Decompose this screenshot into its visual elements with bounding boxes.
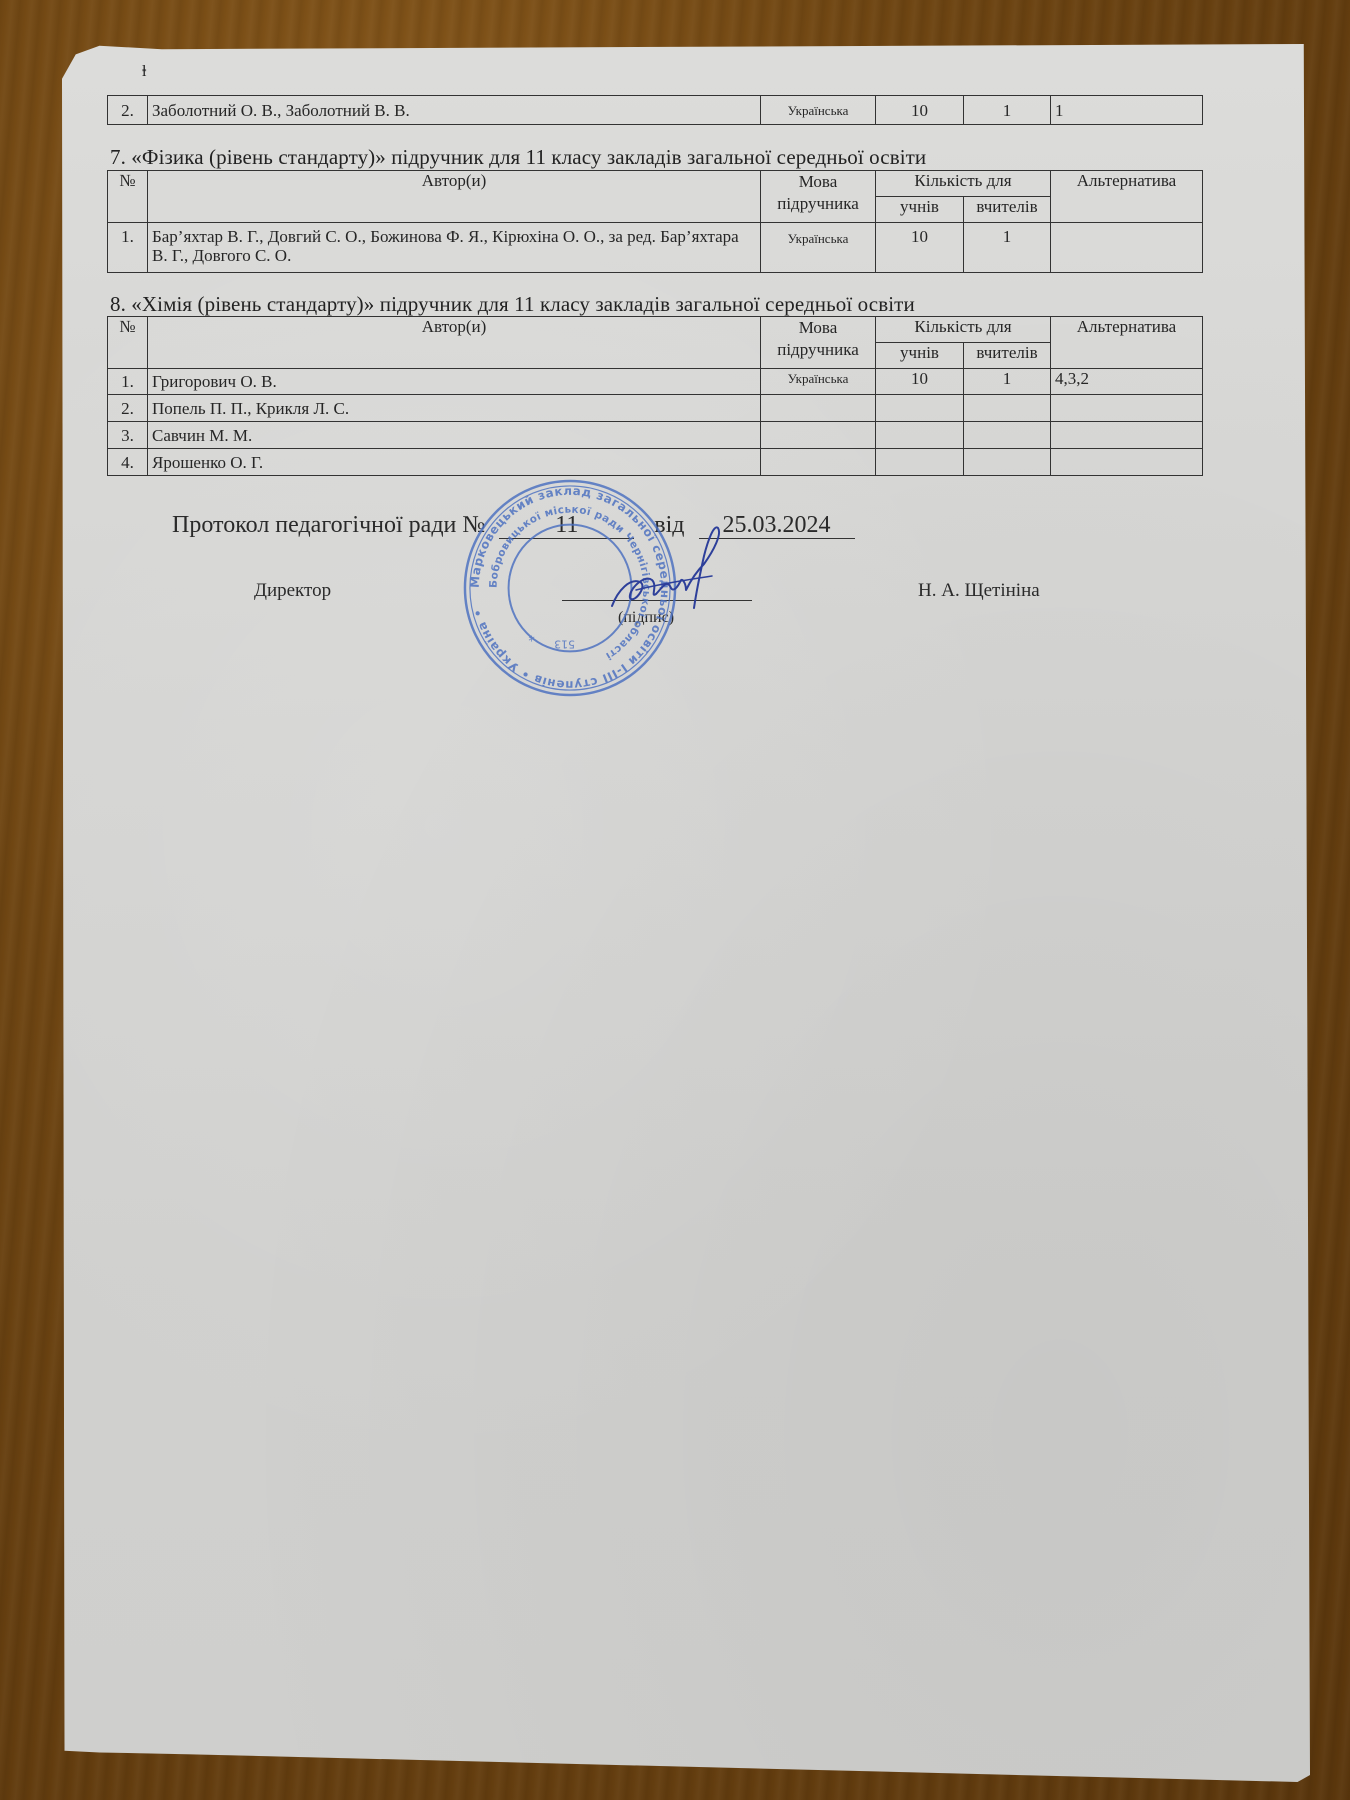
director-label: Директор — [254, 580, 331, 602]
director-name: Н. А. Щетініна — [918, 580, 1040, 602]
header-teachers: вчителів — [964, 343, 1051, 369]
alternative-cell — [1051, 223, 1203, 273]
header-number: № — [108, 171, 148, 223]
alternative-cell: 1 — [1051, 96, 1203, 125]
previous-section-table: 2. Заболотний О. В., Заболотний В. В. Ук… — [107, 95, 1203, 125]
pupils-count-cell: 10 — [876, 96, 964, 125]
pupils-count-cell — [876, 449, 964, 476]
stamp-code: 513 — [554, 638, 575, 651]
teachers-count-cell — [964, 422, 1051, 449]
svg-text:*: * — [528, 634, 535, 649]
language-cell: Українська — [761, 96, 876, 125]
header-number: № — [108, 317, 148, 369]
header-quantity: Кількість для — [876, 171, 1051, 197]
teachers-count-cell — [964, 395, 1051, 422]
table-row: 1. Григорович О. В. Українська 10 1 4,3,… — [108, 369, 1203, 395]
section-8-title: 8. «Хімія (рівень стандарту)» підручник … — [110, 292, 915, 317]
protocol-label: Протокол педагогічної ради № — [172, 512, 485, 538]
table-row: 1. Бар’яхтар В. Г., Довгий С. О., Божино… — [108, 223, 1203, 273]
authors-cell: Савчин М. М. — [148, 422, 761, 449]
section-7-table: № Автор(и) Мова підручника Кількість для… — [107, 170, 1203, 273]
row-number: 1. — [108, 369, 148, 395]
table-row: 2. Заболотний О. В., Заболотний В. В. Ук… — [108, 96, 1203, 125]
header-teachers: вчителів — [964, 197, 1051, 223]
table-header-row: № Автор(и) Мова підручника Кількість для… — [108, 317, 1203, 343]
table-row: 4. Ярошенко О. Г. — [108, 449, 1203, 476]
authors-cell: Григорович О. В. — [148, 369, 761, 395]
header-alternative: Альтернатива — [1051, 317, 1203, 369]
teachers-count-cell: 1 — [964, 369, 1051, 395]
authors-cell: Попель П. П., Крикля Л. С. — [148, 395, 761, 422]
table-row: 2. Попель П. П., Крикля Л. С. — [108, 395, 1203, 422]
section-7-title: 7. «Фізика (рівень стандарту)» підручник… — [110, 145, 926, 170]
header-authors: Автор(и) — [148, 317, 761, 369]
pupils-count-cell — [876, 422, 964, 449]
authors-cell: Ярошенко О. Г. — [148, 449, 761, 476]
staple-hole-mark: ⱡ — [142, 66, 152, 78]
teachers-count-cell: 1 — [964, 96, 1051, 125]
pupils-count-cell: 10 — [876, 369, 964, 395]
header-language: Мова підручника — [761, 171, 876, 223]
language-cell — [761, 449, 876, 476]
teachers-count-cell — [964, 449, 1051, 476]
teachers-count-cell: 1 — [964, 223, 1051, 273]
document-content: ⱡ 2. Заболотний О. В., Заболотний В. В. … — [0, 0, 1350, 1800]
director-signature-icon — [600, 520, 740, 620]
header-alternative: Альтернатива — [1051, 171, 1203, 223]
alternative-cell — [1051, 395, 1203, 422]
header-authors: Автор(и) — [148, 171, 761, 223]
language-cell — [761, 422, 876, 449]
row-number: 3. — [108, 422, 148, 449]
alternative-cell — [1051, 449, 1203, 476]
header-pupils: учнів — [876, 197, 964, 223]
language-cell: Українська — [761, 369, 876, 395]
authors-cell: Бар’яхтар В. Г., Довгий С. О., Божинова … — [148, 223, 761, 273]
alternative-cell — [1051, 422, 1203, 449]
row-number: 2. — [108, 395, 148, 422]
header-pupils: учнів — [876, 343, 964, 369]
alternative-cell: 4,3,2 — [1051, 369, 1203, 395]
language-cell — [761, 395, 876, 422]
table-header-row: № Автор(и) Мова підручника Кількість для… — [108, 171, 1203, 197]
header-language: Мова підручника — [761, 317, 876, 369]
pupils-count-cell — [876, 395, 964, 422]
pupils-count-cell: 10 — [876, 223, 964, 273]
row-number: 2. — [108, 96, 148, 125]
section-8-table: № Автор(и) Мова підручника Кількість для… — [107, 316, 1203, 476]
row-number: 4. — [108, 449, 148, 476]
language-cell: Українська — [761, 223, 876, 273]
header-quantity: Кількість для — [876, 317, 1051, 343]
row-number: 1. — [108, 223, 148, 273]
authors-cell: Заболотний О. В., Заболотний В. В. — [148, 96, 761, 125]
table-row: 3. Савчин М. М. — [108, 422, 1203, 449]
